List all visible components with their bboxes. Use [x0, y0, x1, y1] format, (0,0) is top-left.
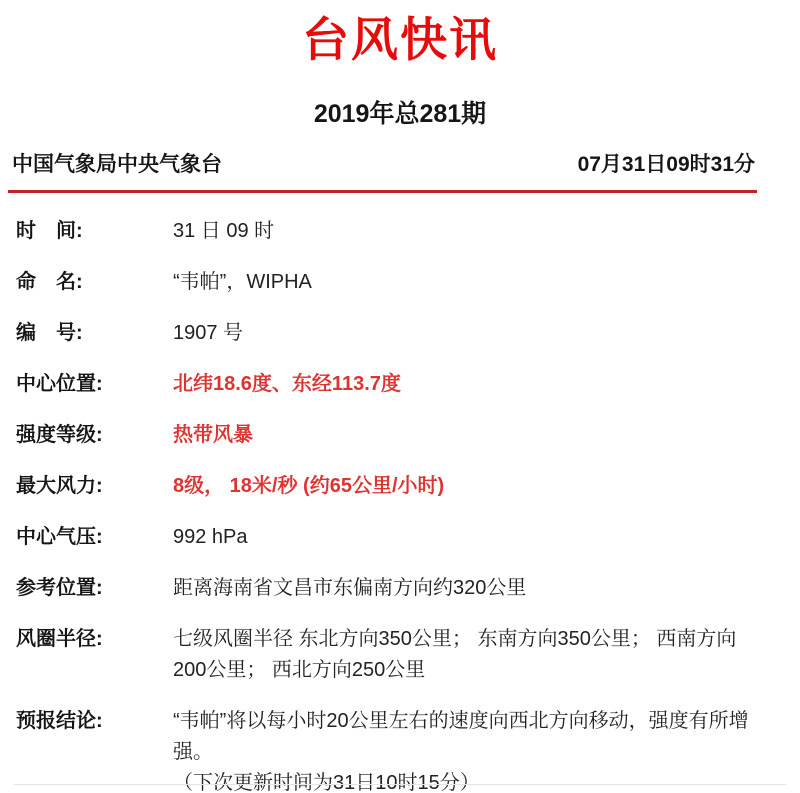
field-label: 中心位置:: [16, 369, 173, 400]
field-value: 31 日 09 时: [173, 216, 752, 247]
field-time: 时 间: 31 日 09 时: [16, 216, 752, 247]
field-reference-position: 参考位置: 距离海南省文昌市东偏南方向约320公里: [16, 573, 752, 604]
field-center-position: 中心位置: 北纬18.6度、东经113.7度: [16, 369, 752, 400]
field-value: 8级， 18米/秒 (约65公里/小时): [173, 471, 752, 502]
field-value: 热带风暴: [173, 420, 752, 451]
bottom-divider: [14, 784, 786, 785]
typhoon-bulletin-page: 台风快讯 2019年总281期 中国气象局中央气象台 07月31日09时31分 …: [0, 0, 800, 793]
field-label: 参考位置:: [16, 573, 173, 604]
field-label: 命 名:: [16, 267, 173, 298]
field-label: 风圈半径:: [16, 624, 173, 655]
issue-number: 2019年总281期: [0, 100, 800, 128]
field-label: 强度等级:: [16, 420, 173, 451]
next-update-note: （下次更新时间为31日10时15分）: [173, 772, 480, 793]
field-number: 编 号: 1907 号: [16, 318, 752, 349]
field-value: 七级风圈半径 东北方向350公里； 东南方向350公里； 西南方向200公里； …: [173, 624, 752, 686]
field-value: “韦帕”将以每小时20公里左右的速度向西北方向移动，强度有所增强。 （下次更新时…: [173, 706, 752, 793]
field-value: 北纬18.6度、东经113.7度: [173, 369, 752, 400]
field-label: 中心气压:: [16, 522, 173, 553]
document-header: 中国气象局中央气象台 07月31日09时31分: [0, 152, 800, 178]
forecast-text: “韦帕”将以每小时20公里左右的速度向西北方向移动，强度有所增强。: [173, 710, 749, 763]
field-center-pressure: 中心气压: 992 hPa: [16, 522, 752, 553]
field-wind-circle-radius: 风圈半径: 七级风圈半径 东北方向350公里； 东南方向350公里； 西南方向2…: [16, 624, 752, 686]
header-divider: [8, 190, 757, 193]
field-intensity-grade: 强度等级: 热带风暴: [16, 420, 752, 451]
field-name: 命 名: “韦帕”，WIPHA: [16, 267, 752, 298]
issue-datetime: 07月31日09时31分: [578, 152, 755, 178]
field-label: 时 间:: [16, 216, 173, 247]
page-title: 台风快讯: [0, 0, 800, 68]
field-forecast-conclusion: 预报结论: “韦帕”将以每小时20公里左右的速度向西北方向移动，强度有所增强。 …: [16, 706, 752, 793]
field-value: 距离海南省文昌市东偏南方向约320公里: [173, 573, 752, 604]
field-label: 预报结论:: [16, 706, 173, 737]
field-value: 992 hPa: [173, 522, 752, 553]
field-label: 最大风力:: [16, 471, 173, 502]
field-max-wind: 最大风力: 8级， 18米/秒 (约65公里/小时): [16, 471, 752, 502]
field-value: “韦帕”，WIPHA: [173, 267, 752, 298]
agency-name: 中国气象局中央气象台: [12, 152, 222, 178]
field-label: 编 号:: [16, 318, 173, 349]
field-value: 1907 号: [173, 318, 752, 349]
bulletin-fields: 时 间: 31 日 09 时 命 名: “韦帕”，WIPHA 编 号: 1907…: [0, 216, 800, 793]
